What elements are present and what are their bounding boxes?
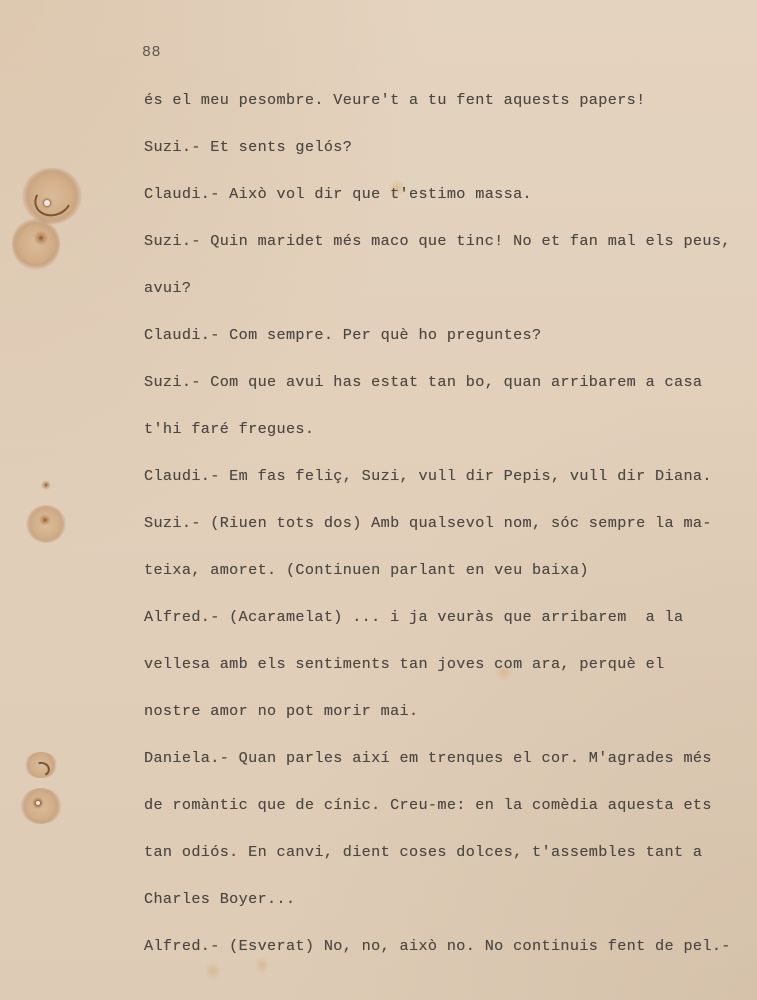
- text-line: de romàntic que de cínic. Creu-me: en la…: [144, 792, 734, 839]
- burn-mark: [41, 480, 51, 490]
- burn-mark: [38, 515, 52, 525]
- script-text: és el meu pesombre. Veure't a tu fent aq…: [144, 87, 734, 980]
- dialogue-line: Suzi.- (Riuen tots dos) Amb qualsevol no…: [144, 510, 734, 557]
- burn-stain: [12, 218, 60, 270]
- text-line: nostre amor no pot morir mai.: [144, 698, 734, 745]
- typewritten-page: 88 és el meu pesombre. Veure't a tu fent…: [0, 0, 757, 1000]
- burn-mark: [34, 230, 48, 246]
- text-line: és el meu pesombre. Veure't a tu fent aq…: [144, 87, 734, 134]
- text-line: tan odiós. En canvi, dient coses dolces,…: [144, 839, 734, 886]
- dialogue-line: Claudi.- Això vol dir que t'estimo massa…: [144, 181, 734, 228]
- dialogue-line: Alfred.- (Esverat) No, no, això no. No c…: [144, 933, 734, 980]
- burn-hole: [44, 200, 50, 206]
- text-line: t'hi faré fregues.: [144, 416, 734, 463]
- dialogue-line: Suzi.- Quin maridet més maco que tinc! N…: [144, 228, 734, 275]
- page-number: 88: [142, 44, 161, 61]
- dialogue-line: Suzi.- Com que avui has estat tan bo, qu…: [144, 369, 734, 416]
- dialogue-line: Daniela.- Quan parles així em trenques e…: [144, 745, 734, 792]
- burn-mark: [30, 178, 77, 221]
- dialogue-line: Suzi.- Et sents gelós?: [144, 134, 734, 181]
- dialogue-line: Claudi.- Com sempre. Per què ho pregunte…: [144, 322, 734, 369]
- burn-stain: [20, 788, 62, 824]
- burn-mark: [32, 760, 52, 779]
- dialogue-line: Claudi.- Em fas feliç, Suzi, vull dir Pe…: [144, 463, 734, 510]
- text-line: Charles Boyer...: [144, 886, 734, 933]
- text-line: teixa, amoret. (Continuen parlant en veu…: [144, 557, 734, 604]
- burn-hole: [36, 801, 40, 805]
- dialogue-line: Alfred.- (Acaramelat) ... i ja veuràs qu…: [144, 604, 734, 651]
- text-line: vellesa amb els sentiments tan joves com…: [144, 651, 734, 698]
- text-line: avui?: [144, 275, 734, 322]
- burn-stain: [26, 505, 66, 543]
